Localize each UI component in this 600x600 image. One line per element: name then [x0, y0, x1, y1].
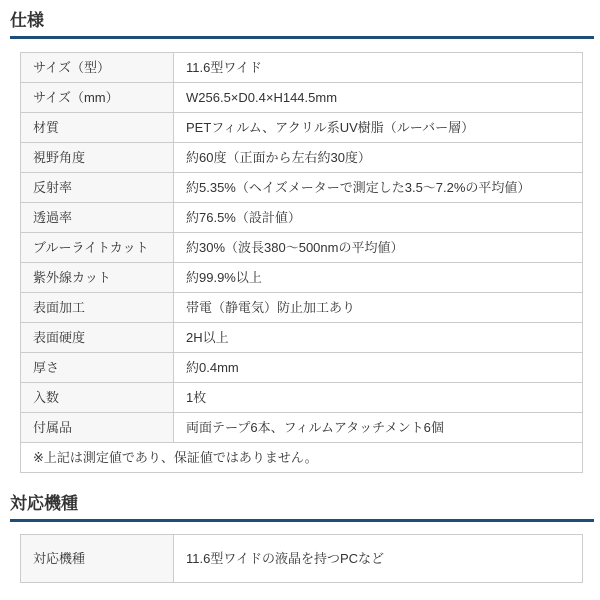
row-label: 透過率 — [21, 203, 174, 233]
table-row: 付属品 両面テープ6本、フィルムアタッチメント6個 — [21, 413, 583, 443]
spec-table: サイズ（型） 11.6型ワイド サイズ（mm） W256.5×D0.4×H144… — [20, 52, 583, 473]
row-value: 約99.9%以上 — [174, 263, 583, 293]
note-row: ※上記は測定値であり、保証値ではありません。 — [21, 443, 583, 473]
row-label: 材質 — [21, 113, 174, 143]
compat-section: 対応機種 対応機種 11.6型ワイドの液晶を持つPCなど — [0, 493, 600, 583]
row-value: 約30%（波長380～500nmの平均値） — [174, 233, 583, 263]
table-row: ブルーライトカット 約30%（波長380～500nmの平均値） — [21, 233, 583, 263]
table-row: 入数 1枚 — [21, 383, 583, 413]
table-row: 材質 PETフィルム、アクリル系UV樹脂（ルーバー層） — [21, 113, 583, 143]
row-value: 11.6型ワイド — [174, 53, 583, 83]
row-label: サイズ（mm） — [21, 83, 174, 113]
table-row: サイズ（型） 11.6型ワイド — [21, 53, 583, 83]
row-label: 反射率 — [21, 173, 174, 203]
section-title-compat: 対応機種 — [10, 493, 594, 522]
row-value: 約0.4mm — [174, 353, 583, 383]
row-value: 1枚 — [174, 383, 583, 413]
table-row: 対応機種 11.6型ワイドの液晶を持つPCなど — [21, 535, 583, 583]
table-row: 厚さ 約0.4mm — [21, 353, 583, 383]
row-label: 厚さ — [21, 353, 174, 383]
table-row: 反射率 約5.35%（ヘイズメーターで測定した3.5～7.2%の平均値） — [21, 173, 583, 203]
table-row: 紫外線カット 約99.9%以上 — [21, 263, 583, 293]
spec-section: 仕様 サイズ（型） 11.6型ワイド サイズ（mm） W256.5×D0.4×H… — [0, 10, 600, 473]
table-row: 透過率 約76.5%（設計値） — [21, 203, 583, 233]
table-row: 表面硬度 2H以上 — [21, 323, 583, 353]
compat-table: 対応機種 11.6型ワイドの液晶を持つPCなど — [20, 534, 583, 583]
row-value: W256.5×D0.4×H144.5mm — [174, 83, 583, 113]
row-value: 約5.35%（ヘイズメーターで測定した3.5～7.2%の平均値） — [174, 173, 583, 203]
row-value: 約76.5%（設計値） — [174, 203, 583, 233]
row-value: 11.6型ワイドの液晶を持つPCなど — [174, 535, 583, 583]
row-value: 帯電（静電気）防止加工あり — [174, 293, 583, 323]
row-label: サイズ（型） — [21, 53, 174, 83]
row-value: 約60度（正面から左右約30度） — [174, 143, 583, 173]
row-label: 入数 — [21, 383, 174, 413]
row-label: 付属品 — [21, 413, 174, 443]
row-label: 表面硬度 — [21, 323, 174, 353]
row-label: 紫外線カット — [21, 263, 174, 293]
table-row: 視野角度 約60度（正面から左右約30度） — [21, 143, 583, 173]
row-value: 2H以上 — [174, 323, 583, 353]
row-label: ブルーライトカット — [21, 233, 174, 263]
table-row: サイズ（mm） W256.5×D0.4×H144.5mm — [21, 83, 583, 113]
row-value: 両面テープ6本、フィルムアタッチメント6個 — [174, 413, 583, 443]
row-label: 対応機種 — [21, 535, 174, 583]
row-value: PETフィルム、アクリル系UV樹脂（ルーバー層） — [174, 113, 583, 143]
section-title-spec: 仕様 — [10, 10, 594, 39]
table-row: 表面加工 帯電（静電気）防止加工あり — [21, 293, 583, 323]
row-label: 視野角度 — [21, 143, 174, 173]
row-label: 表面加工 — [21, 293, 174, 323]
spec-note: ※上記は測定値であり、保証値ではありません。 — [21, 443, 583, 473]
